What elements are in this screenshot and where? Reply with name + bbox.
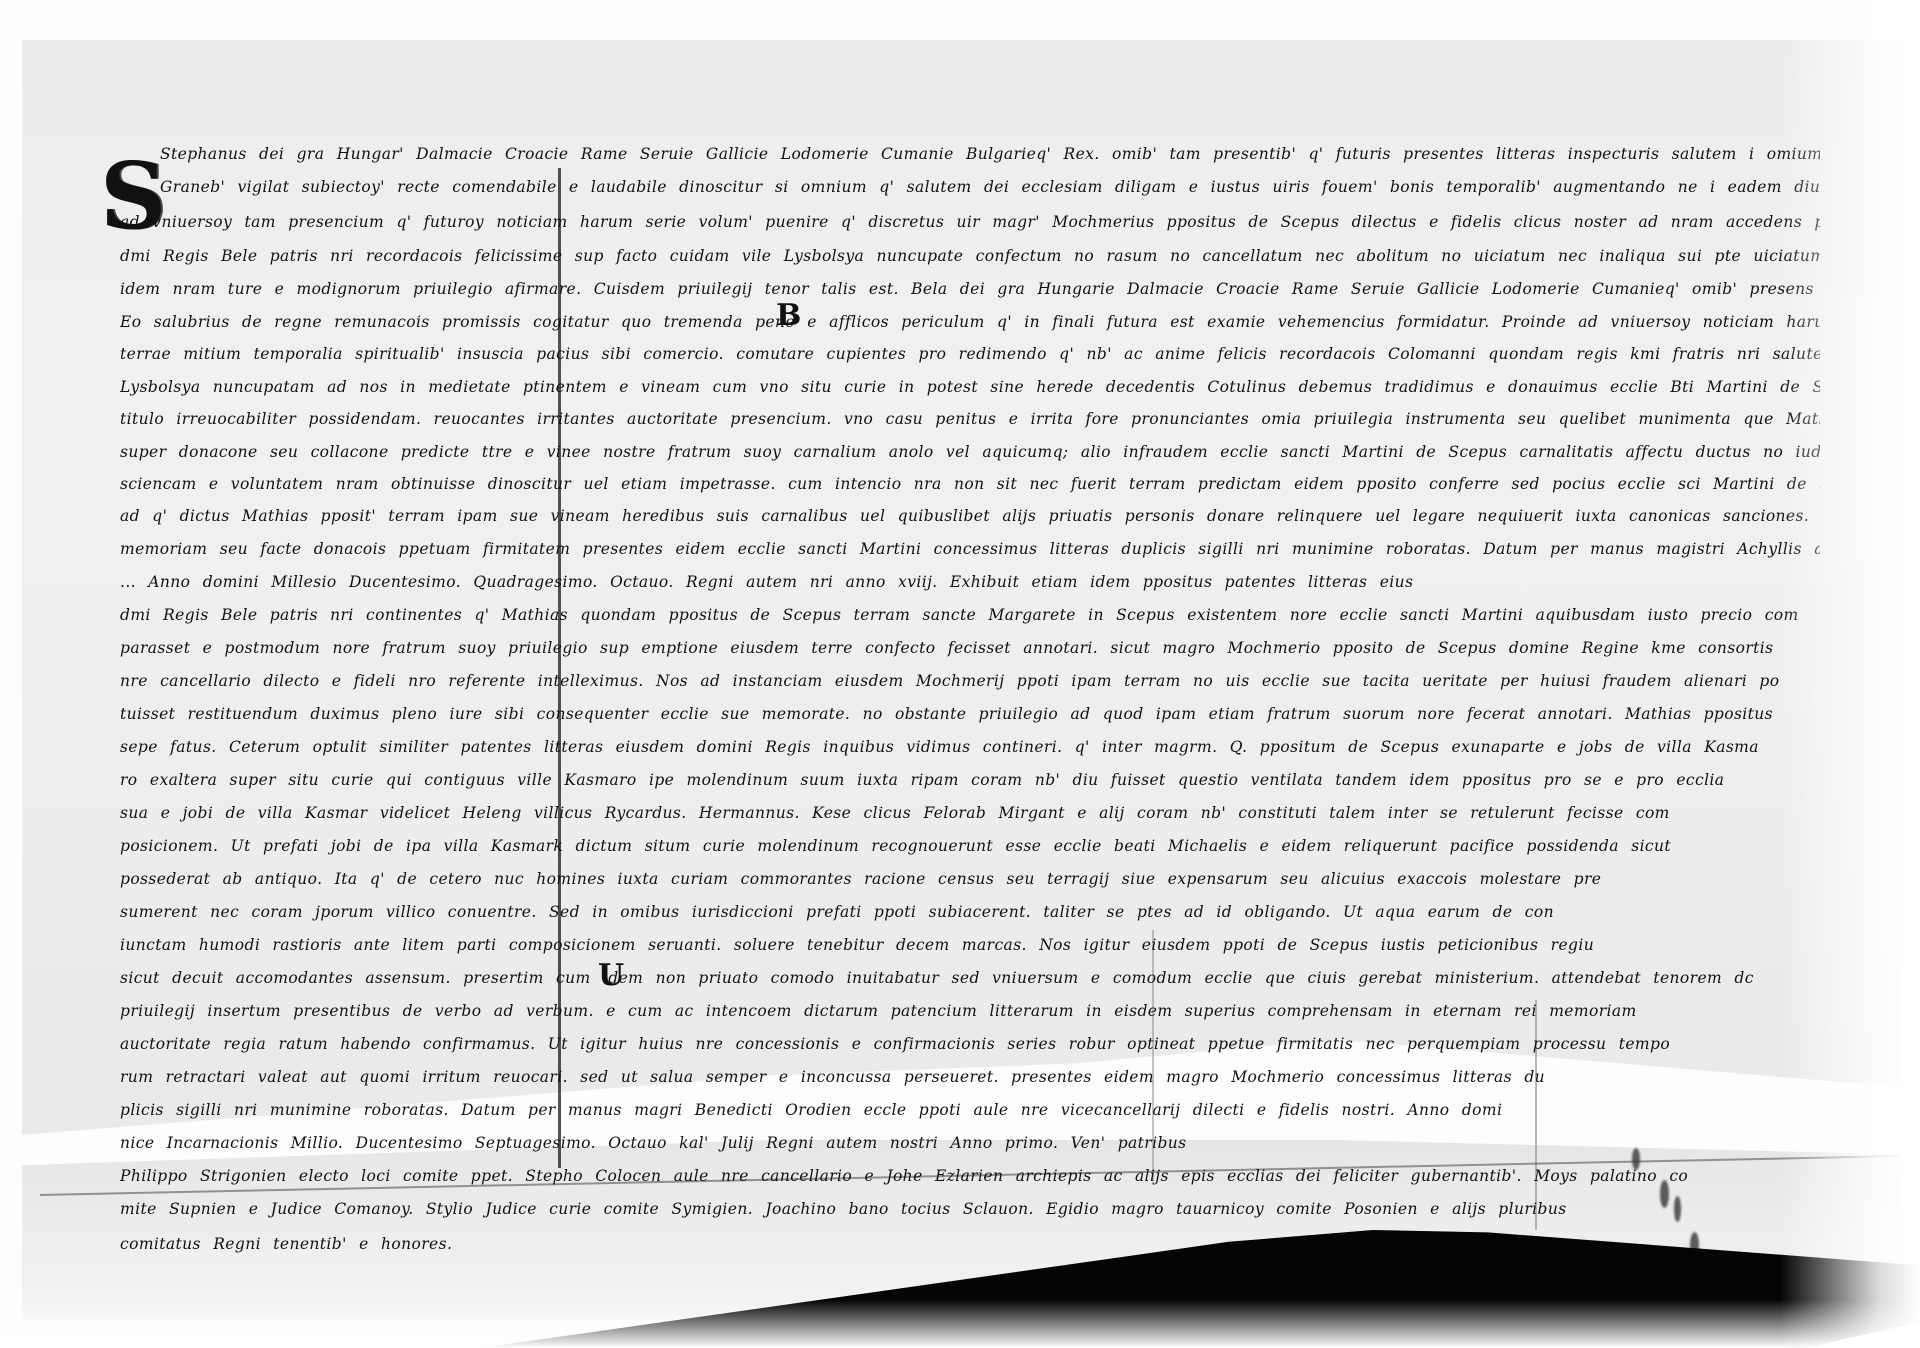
text-line: priuilegij insertum presentibus de verbo… <box>120 1002 1820 1034</box>
text-line: memoriam seu facte donacois ppetuam firm… <box>120 540 1820 572</box>
text-line: super donacone seu collacone predicte tt… <box>120 443 1820 475</box>
text-line: sepe fatus. Ceterum optulit similiter pa… <box>120 738 1820 770</box>
text-line: nice Incarnacionis Millio. Ducentesimo S… <box>120 1134 1820 1166</box>
text-line: tuisset restituendum duximus pleno iure … <box>120 705 1820 737</box>
text-line: auctoritate regia ratum habendo confirma… <box>120 1035 1820 1067</box>
text-line: posicionem. Ut prefati jobi de ipa villa… <box>120 837 1820 869</box>
text-line: ... Anno domini Millesio Ducentesimo. Qu… <box>120 573 1820 605</box>
text-line: parasset e postmodum nore fratrum suoy p… <box>120 639 1820 671</box>
charter-photograph: S B U Stephanus dei gra Hungar' Dalmacie… <box>0 0 1920 1348</box>
text-line: ad vniuersoy tam presencium q' futuroy n… <box>120 213 1820 245</box>
text-line: sua e jobi de villa Kasmar videlicet Hel… <box>120 804 1820 836</box>
text-line: ro exaltera super situ curie qui contigu… <box>120 771 1820 803</box>
text-line: dmi Regis Bele patris nri recordacois fe… <box>120 247 1820 279</box>
ink-stain <box>1632 1148 1640 1170</box>
ink-stain <box>1660 1180 1669 1208</box>
text-line: plicis sigilli nri munimine roboratas. D… <box>120 1101 1820 1133</box>
text-line: Graneb' vigilat subiectoy' recte comenda… <box>160 178 1820 210</box>
text-line: terrae mitium temporalia spiritualib' in… <box>120 345 1820 377</box>
bottom-fade <box>0 1300 1920 1348</box>
edge-overexposure <box>1780 0 1920 1348</box>
text-line: mite Supnien e Judice Comanoy. Stylio Ju… <box>120 1200 1820 1232</box>
text-line: sciencam e voluntatem nram obtinuisse di… <box>120 475 1820 507</box>
text-line: sicut decuit accomodantes assensum. pres… <box>120 969 1820 1001</box>
text-line: sumerent nec coram jporum villico conuen… <box>120 903 1820 935</box>
text-line: idem nram ture e modignorum priuilegio a… <box>120 280 1820 312</box>
text-line: comitatus Regni tenentib' e honores. <box>120 1235 720 1267</box>
text-line: Eo salubrius de regne remunacois promiss… <box>120 313 1820 345</box>
text-line: dmi Regis Bele patris nri continentes q'… <box>120 606 1820 638</box>
ink-stain <box>1674 1196 1681 1222</box>
text-line: titulo irreuocabiliter possidendam. reuo… <box>120 410 1820 442</box>
text-line: Philippo Strigonien electo loci comite p… <box>120 1167 1820 1199</box>
text-line: ad q' dictus Mathias pposit' terram ipam… <box>120 507 1820 539</box>
text-line: possederat ab antiquo. Ita q' de cetero … <box>120 870 1820 902</box>
text-line: nre cancellario dilecto e fideli nro ref… <box>120 672 1820 704</box>
text-line: iunctam humodi rastioris ante litem part… <box>120 936 1820 968</box>
text-line: Lysbolsya nuncupatam ad nos in medietate… <box>120 378 1820 410</box>
text-line: Stephanus dei gra Hungar' Dalmacie Croac… <box>160 145 1820 177</box>
text-line: rum retractari valeat aut quomi irritum … <box>120 1068 1820 1100</box>
